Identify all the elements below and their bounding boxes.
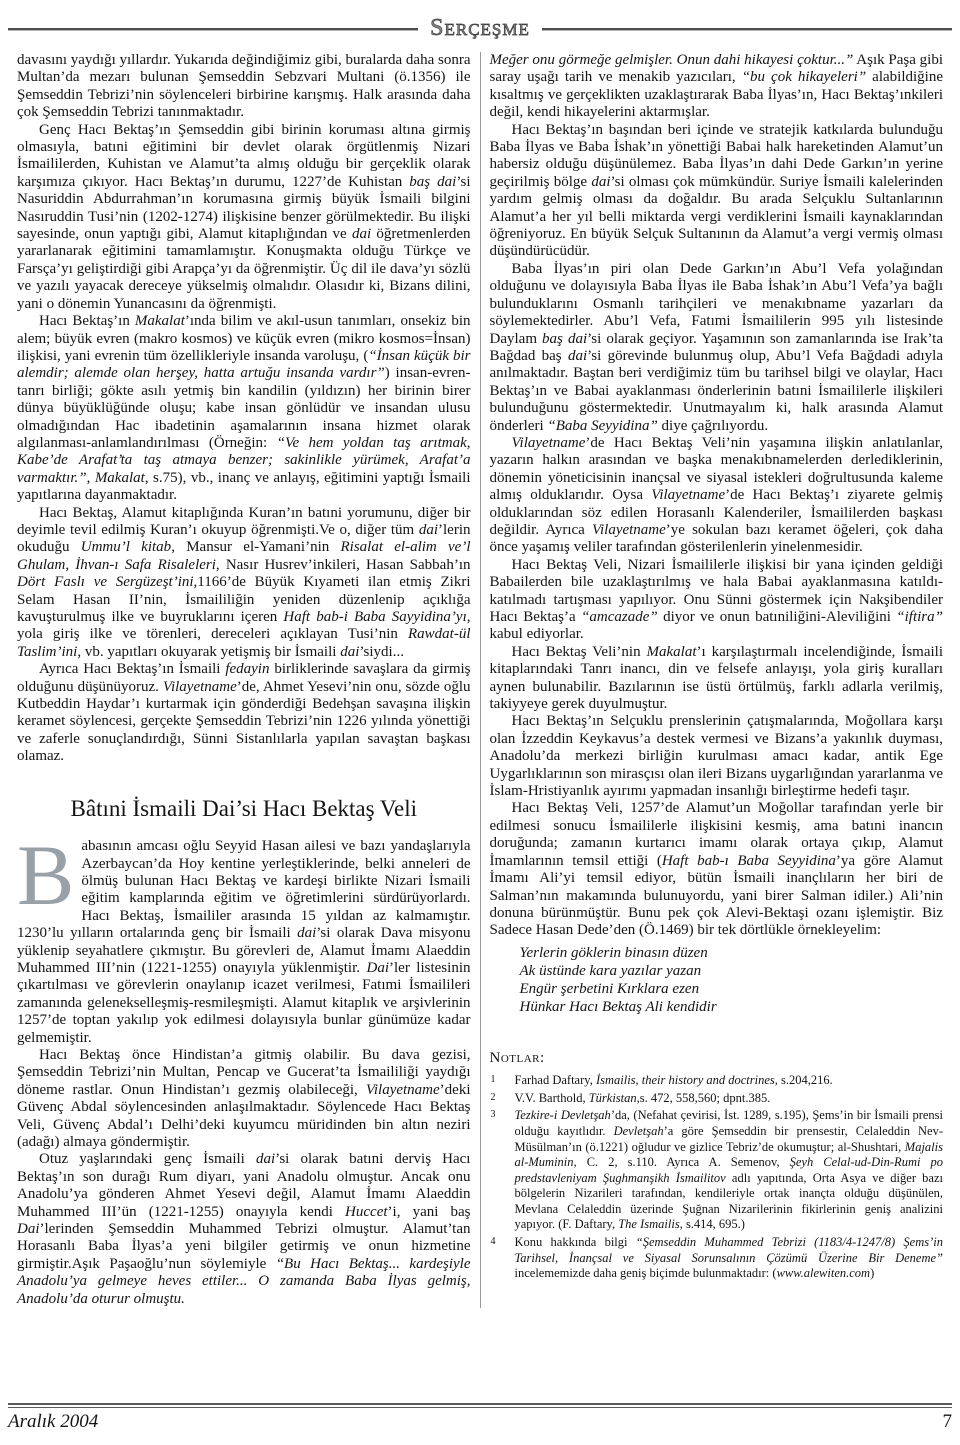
italic-text: İhvan-ı Safa Risaleleri [75, 557, 216, 573]
footnote-number: 1 [490, 1072, 515, 1088]
italic-text: Makalat [647, 644, 697, 660]
footnote-number: 2 [490, 1090, 515, 1106]
footer-rule [8, 1403, 952, 1408]
poem-quatrain: Yerlerin göklerin binasın düzenAk üstünd… [520, 944, 944, 1016]
footnote-number: 3 [490, 1107, 515, 1232]
italic-text: “amcazade” [581, 609, 658, 625]
footnote-text: V.V. Barthold, Türkistan,s. 472, 558,560… [515, 1091, 944, 1107]
italic-text: “Ve hem yoldan taş arıtmak, Kabe’de Araf… [17, 435, 471, 486]
italic-text: Dört Faslı ve Sergüzeşt’ini [17, 574, 194, 590]
italic-text: Makalat [135, 313, 185, 329]
italic-text: dai [297, 925, 316, 941]
footer-row: Aralık 2004 7 [8, 1411, 952, 1433]
paragraph: davasını yaydığı yıllardır. Yukarıda değ… [17, 52, 471, 122]
italic-text: dai [352, 226, 371, 242]
paragraph: Otuz yaşlarındaki genç İsmaili dai’si ol… [17, 1151, 471, 1308]
paragraph: Hacı Bektaş Veli, 1257’de Alamut’un Moğo… [490, 800, 944, 939]
italic-text: Tezkire-i Devletşah [515, 1108, 611, 1122]
italic-text: Vilayetname [651, 487, 725, 503]
header-rule-left [8, 28, 418, 31]
italic-text: Haft bab-ı Baba Seyyidina [662, 853, 836, 869]
footnote-text: Farhad Daftary, İsmailis, their history … [515, 1073, 944, 1089]
paragraph: Hacı Bektaş’ın başından beri içinde ve s… [490, 122, 944, 261]
italic-text: Vilayetname [163, 679, 237, 695]
page-header: Serçeşme [8, 14, 952, 44]
footnote-item: 1Farhad Daftary, İsmailis, their history… [490, 1073, 944, 1089]
italic-text: Şeyh Celal-ud-Din-Rumi po predstavleniya… [515, 1155, 943, 1185]
paragraph: Ayrıca Hacı Bektaş’ın İsmaili fedayin bi… [17, 661, 471, 765]
left-column: davasını yaydığı yıllardır. Yukarıda değ… [8, 52, 480, 1308]
italic-text: Vilayetname [512, 435, 586, 451]
paragraph: Hacı Bektaş önce Hindistan’a gitmiş olab… [17, 1047, 471, 1151]
poem-line: Engür şerbetini Kırklara ezen [520, 980, 944, 998]
journal-title: Serçeşme [428, 16, 532, 42]
italic-text: “iftira” [896, 609, 943, 625]
italic-text: baş dai [409, 174, 456, 190]
italic-text: “Bu Hacı Bektaş... kardeşiyle Anadolu’ya… [17, 1256, 471, 1307]
italic-text: Dai [367, 960, 390, 976]
article-body: davasını yaydığı yıllardır. Yukarıda değ… [8, 52, 952, 1308]
paragraph: Genç Hacı Bektaş’ın Şemseddin gibi birin… [17, 122, 471, 313]
italic-text: Ummu’l kitab [81, 539, 171, 555]
footnote-item: 2V.V. Barthold, Türkistan,s. 472, 558,56… [490, 1091, 944, 1107]
paragraph: Baba İlyas’ın piri olan Dede Garkın’ın A… [490, 261, 944, 435]
section-heading: Bâtıni İsmaili Dai’si Hacı Bektaş Veli [17, 796, 471, 822]
italic-text: Devletşah [614, 1124, 664, 1138]
footnote-item: 4Konu hakkında bilgi “Şemseddin Muhammed… [490, 1235, 944, 1282]
paragraph: Hacı Bektaş Veli, Nizari İsmaililerle il… [490, 557, 944, 644]
header-rule-right [542, 28, 952, 31]
page-number: 7 [943, 1411, 953, 1433]
italic-text: baş dai [542, 331, 587, 347]
footnote-text: Konu hakkında bilgi “Şemseddin Muhammed … [515, 1235, 944, 1282]
italic-text: fedayin [225, 661, 269, 677]
italic-text: Vilayetname [592, 522, 666, 538]
paragraph: Babasının amcası oğlu Seyyid Hasan ailes… [17, 838, 471, 1047]
italic-text: dai [419, 522, 438, 538]
journal-page: Serçeşme davasını yaydığı yıllardır. Yuk… [0, 0, 960, 1445]
italic-text: “İnsan küçük bir alemdir; alemde olan he… [17, 348, 471, 381]
page-footer: Aralık 2004 7 [0, 1399, 960, 1445]
italic-text: Rawdat-ül Taslim’ini [17, 626, 471, 659]
footnote-text: Tezkire-i Devletşah’da, (Nefahat çeviris… [515, 1108, 944, 1233]
italic-text: İsmailis, their history and doctrines [596, 1073, 775, 1087]
italic-text: “Şemseddin Muhammed Tebrizi (1183/4-1247… [515, 1235, 944, 1265]
dropcap-letter: B [17, 838, 81, 910]
paragraph: Hacı Bektaş Veli’nin Makalat’ı karşılaşt… [490, 644, 944, 714]
italic-text: “Baba Seyyidina” [547, 418, 657, 434]
paragraph: Hacı Bektaş’ın Selçuklu prenslerinin çat… [490, 713, 944, 800]
italic-text: Makalat [95, 470, 145, 486]
italic-text: The Ismailis [618, 1217, 679, 1231]
italic-text: “bu çok hikayeleri” [742, 69, 866, 85]
paragraph: Meğer onu görmeğe gelmişler. Onun dahi h… [490, 52, 944, 122]
footnote-number: 4 [490, 1234, 515, 1281]
paragraph: Hacı Bektaş, Alamut kitaplığında Kuran’ı… [17, 505, 471, 662]
italic-text: dai [591, 174, 610, 190]
italic-text: Meğer onu görmeğe gelmişler. Onun dahi h… [490, 52, 854, 68]
issue-date: Aralık 2004 [8, 1411, 98, 1433]
italic-text: dai [340, 644, 359, 660]
italic-text: dai [256, 1151, 275, 1167]
italic-text: Vilayetname [366, 1082, 440, 1098]
paragraph: Hacı Bektaş’ın Makalat’ında bilim ve akı… [17, 313, 471, 504]
italic-text: Haft bab-i Baba Sayyidina’yı [283, 609, 466, 625]
right-column: Meğer onu görmeğe gelmişler. Onun dahi h… [481, 52, 953, 1308]
italic-text: Türkistan [589, 1091, 637, 1105]
italic-text: Huccet [345, 1204, 387, 1220]
footnote-item: 3Tezkire-i Devletşah’da, (Nefahat çeviri… [490, 1108, 944, 1233]
italic-text: dai [568, 348, 587, 364]
paragraph: Vilayetname’de Hacı Bektaş Veli’nin yaşa… [490, 435, 944, 557]
poem-line: Hünkar Hacı Bektaş Ali kendidir [520, 998, 944, 1016]
notes-heading: Notlar: [490, 1050, 944, 1067]
poem-line: Yerlerin göklerin binasın düzen [520, 944, 944, 962]
italic-text: Dai [17, 1221, 40, 1237]
poem-line: Ak üstünde kara yazılar yazan [520, 962, 944, 980]
italic-text: www.alewiten.com [777, 1266, 871, 1280]
